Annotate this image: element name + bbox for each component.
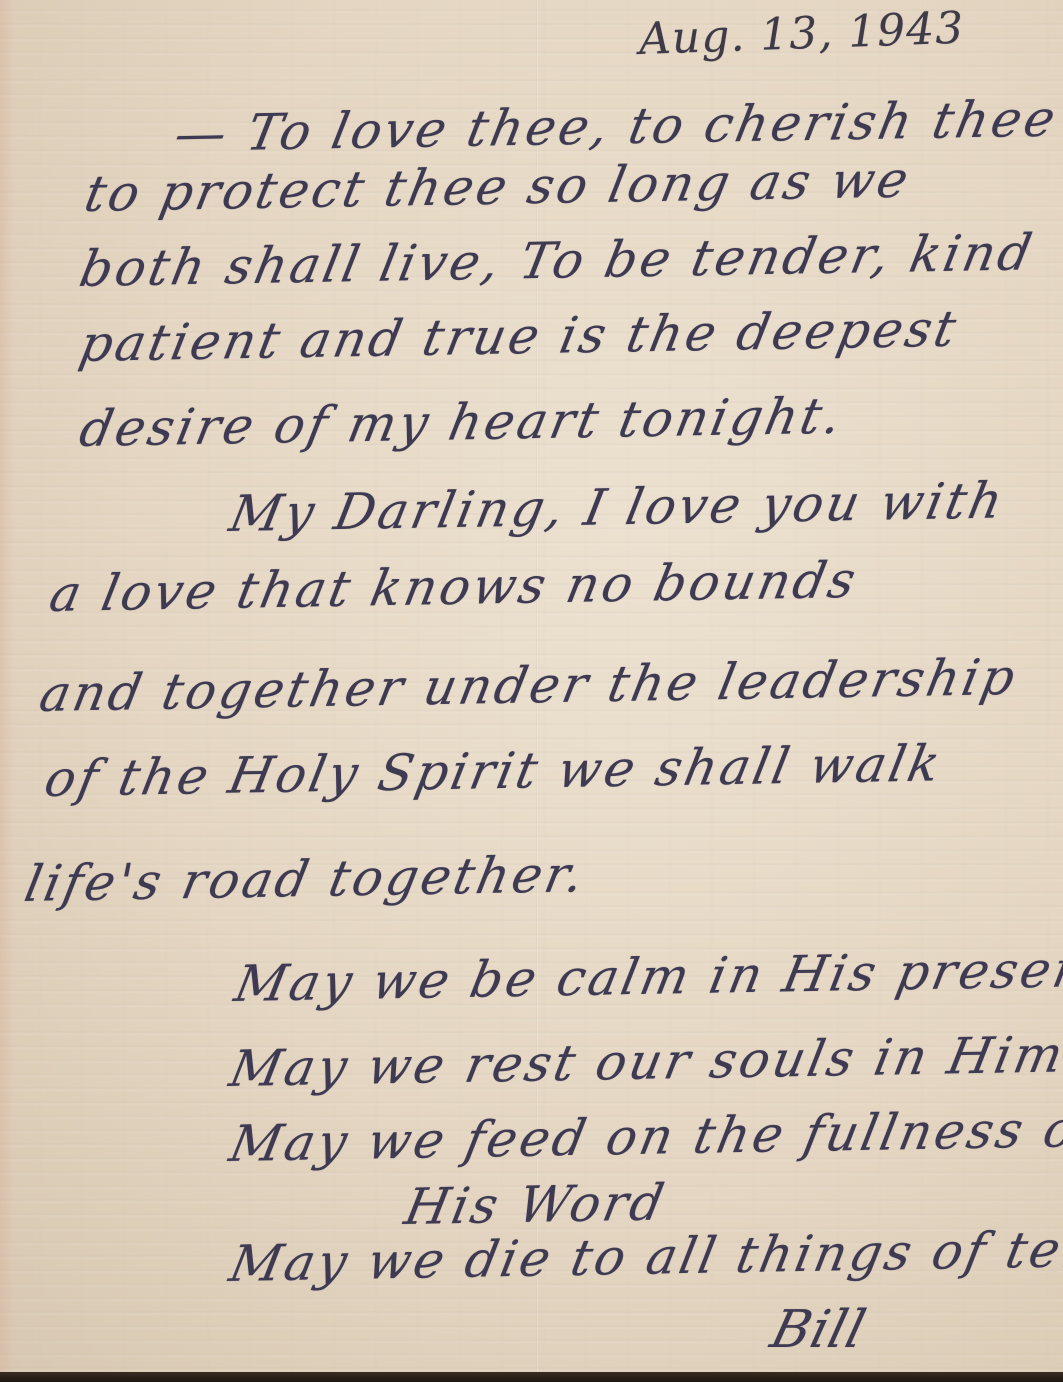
paper-edge-shadow [0, 0, 14, 1372]
letter-line: — To love thee, to cherish thee [170, 90, 1063, 163]
letter-line: His Word [400, 1173, 671, 1236]
letter-line: May we feed on the fullness of [225, 1100, 1063, 1173]
letter-line: of the Holy Spirit we shall walk [40, 734, 947, 808]
letter-line: May we be calm in His presence [230, 939, 1063, 1013]
letter-line: May we die to all things of ten [225, 1220, 1063, 1293]
letter-line: life's road together. [20, 845, 591, 913]
letter-date: Aug. 13, 1943 [638, 3, 965, 65]
letter-line: May we rest our souls in Him [225, 1026, 1063, 1098]
table-surface-edge [0, 1372, 1063, 1382]
letter-paper: Aug. 13, 1943 — To love thee, to cherish… [0, 0, 1063, 1372]
letter-line: and together under the leadership [35, 648, 1022, 723]
letter-line: patient and true is the deepest [75, 300, 964, 373]
letter-line: My Darling, I love you with [225, 472, 1010, 543]
letter-signature: Bill [765, 1300, 872, 1360]
letter-line: a love that knows no bounds [45, 551, 863, 623]
letter-line: both shall live, To be tender, kind [75, 223, 1039, 298]
letter-line: desire of my heart tonight. [75, 387, 849, 458]
